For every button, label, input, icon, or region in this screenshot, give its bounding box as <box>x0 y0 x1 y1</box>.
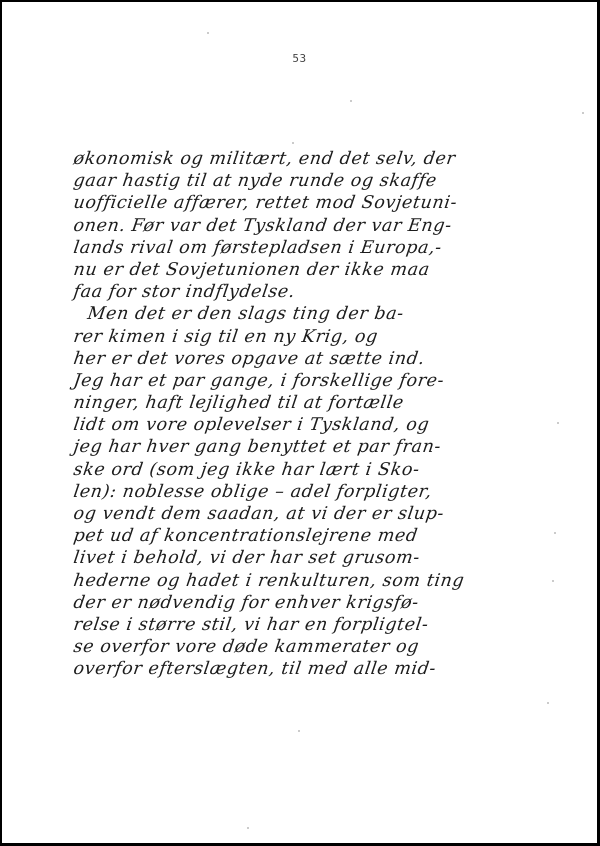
manuscript-line: len): noblesse oblige – adel forpligter, <box>72 481 555 503</box>
manuscript-line: nu er det Sovjetunionen der ikke maa <box>72 259 555 281</box>
scan-speck <box>552 580 554 582</box>
manuscript-line: Men det er den slags ting der ba- <box>72 303 555 325</box>
manuscript-line: pet ud af koncentrationslejrene med <box>72 525 555 547</box>
scan-speck <box>547 702 549 704</box>
manuscript-line: livet i behold, vi der har set grusom- <box>72 547 555 569</box>
scan-speck <box>292 142 294 144</box>
scan-speck <box>350 100 352 102</box>
manuscript-line: overfor efterslægten, til med alle mid- <box>72 658 555 680</box>
scan-speck <box>554 532 556 534</box>
document-page: 53 økonomisk og militært, end det selv, … <box>0 0 600 846</box>
manuscript-line: onen. Før var det Tyskland der var Eng- <box>72 215 555 237</box>
manuscript-line: hederne og hadet i renkulturen, som ting <box>72 570 555 592</box>
manuscript-line: lidt om vore oplevelser i Tyskland, og <box>72 414 555 436</box>
handwritten-text-body: økonomisk og militært, end det selv, der… <box>72 148 552 681</box>
manuscript-line: der er nødvendig for enhver krigsfø- <box>72 592 555 614</box>
scan-speck <box>557 422 559 424</box>
manuscript-line: faa for stor indflydelse. <box>72 281 555 303</box>
manuscript-line: økonomisk og militært, end det selv, der <box>72 148 555 170</box>
manuscript-line: se overfor vore døde kammerater og <box>72 636 555 658</box>
scan-speck <box>298 730 300 732</box>
scan-speck <box>247 827 249 829</box>
manuscript-line: uofficielle affærer, rettet mod Sovjetun… <box>72 192 555 214</box>
manuscript-line: rer kimen i sig til en ny Krig, og <box>72 326 555 348</box>
manuscript-line: gaar hastig til at nyde runde og skaffe <box>72 170 555 192</box>
manuscript-line: lands rival om førstepladsen i Europa,- <box>72 237 555 259</box>
manuscript-line: relse i større stil, vi har en forpligte… <box>72 614 555 636</box>
scan-speck <box>207 32 209 34</box>
manuscript-line: ske ord (som jeg ikke har lært i Sko- <box>72 459 555 481</box>
manuscript-line: og vendt dem saadan, at vi der er slup- <box>72 503 555 525</box>
page-number: 53 <box>2 52 597 65</box>
manuscript-line: jeg har hver gang benyttet et par fran- <box>72 436 555 458</box>
manuscript-line: her er det vores opgave at sætte ind. <box>72 348 555 370</box>
scan-speck <box>582 112 584 114</box>
manuscript-line: ninger, haft lejlighed til at fortælle <box>72 392 555 414</box>
manuscript-line: Jeg har et par gange, i forskellige fore… <box>72 370 555 392</box>
